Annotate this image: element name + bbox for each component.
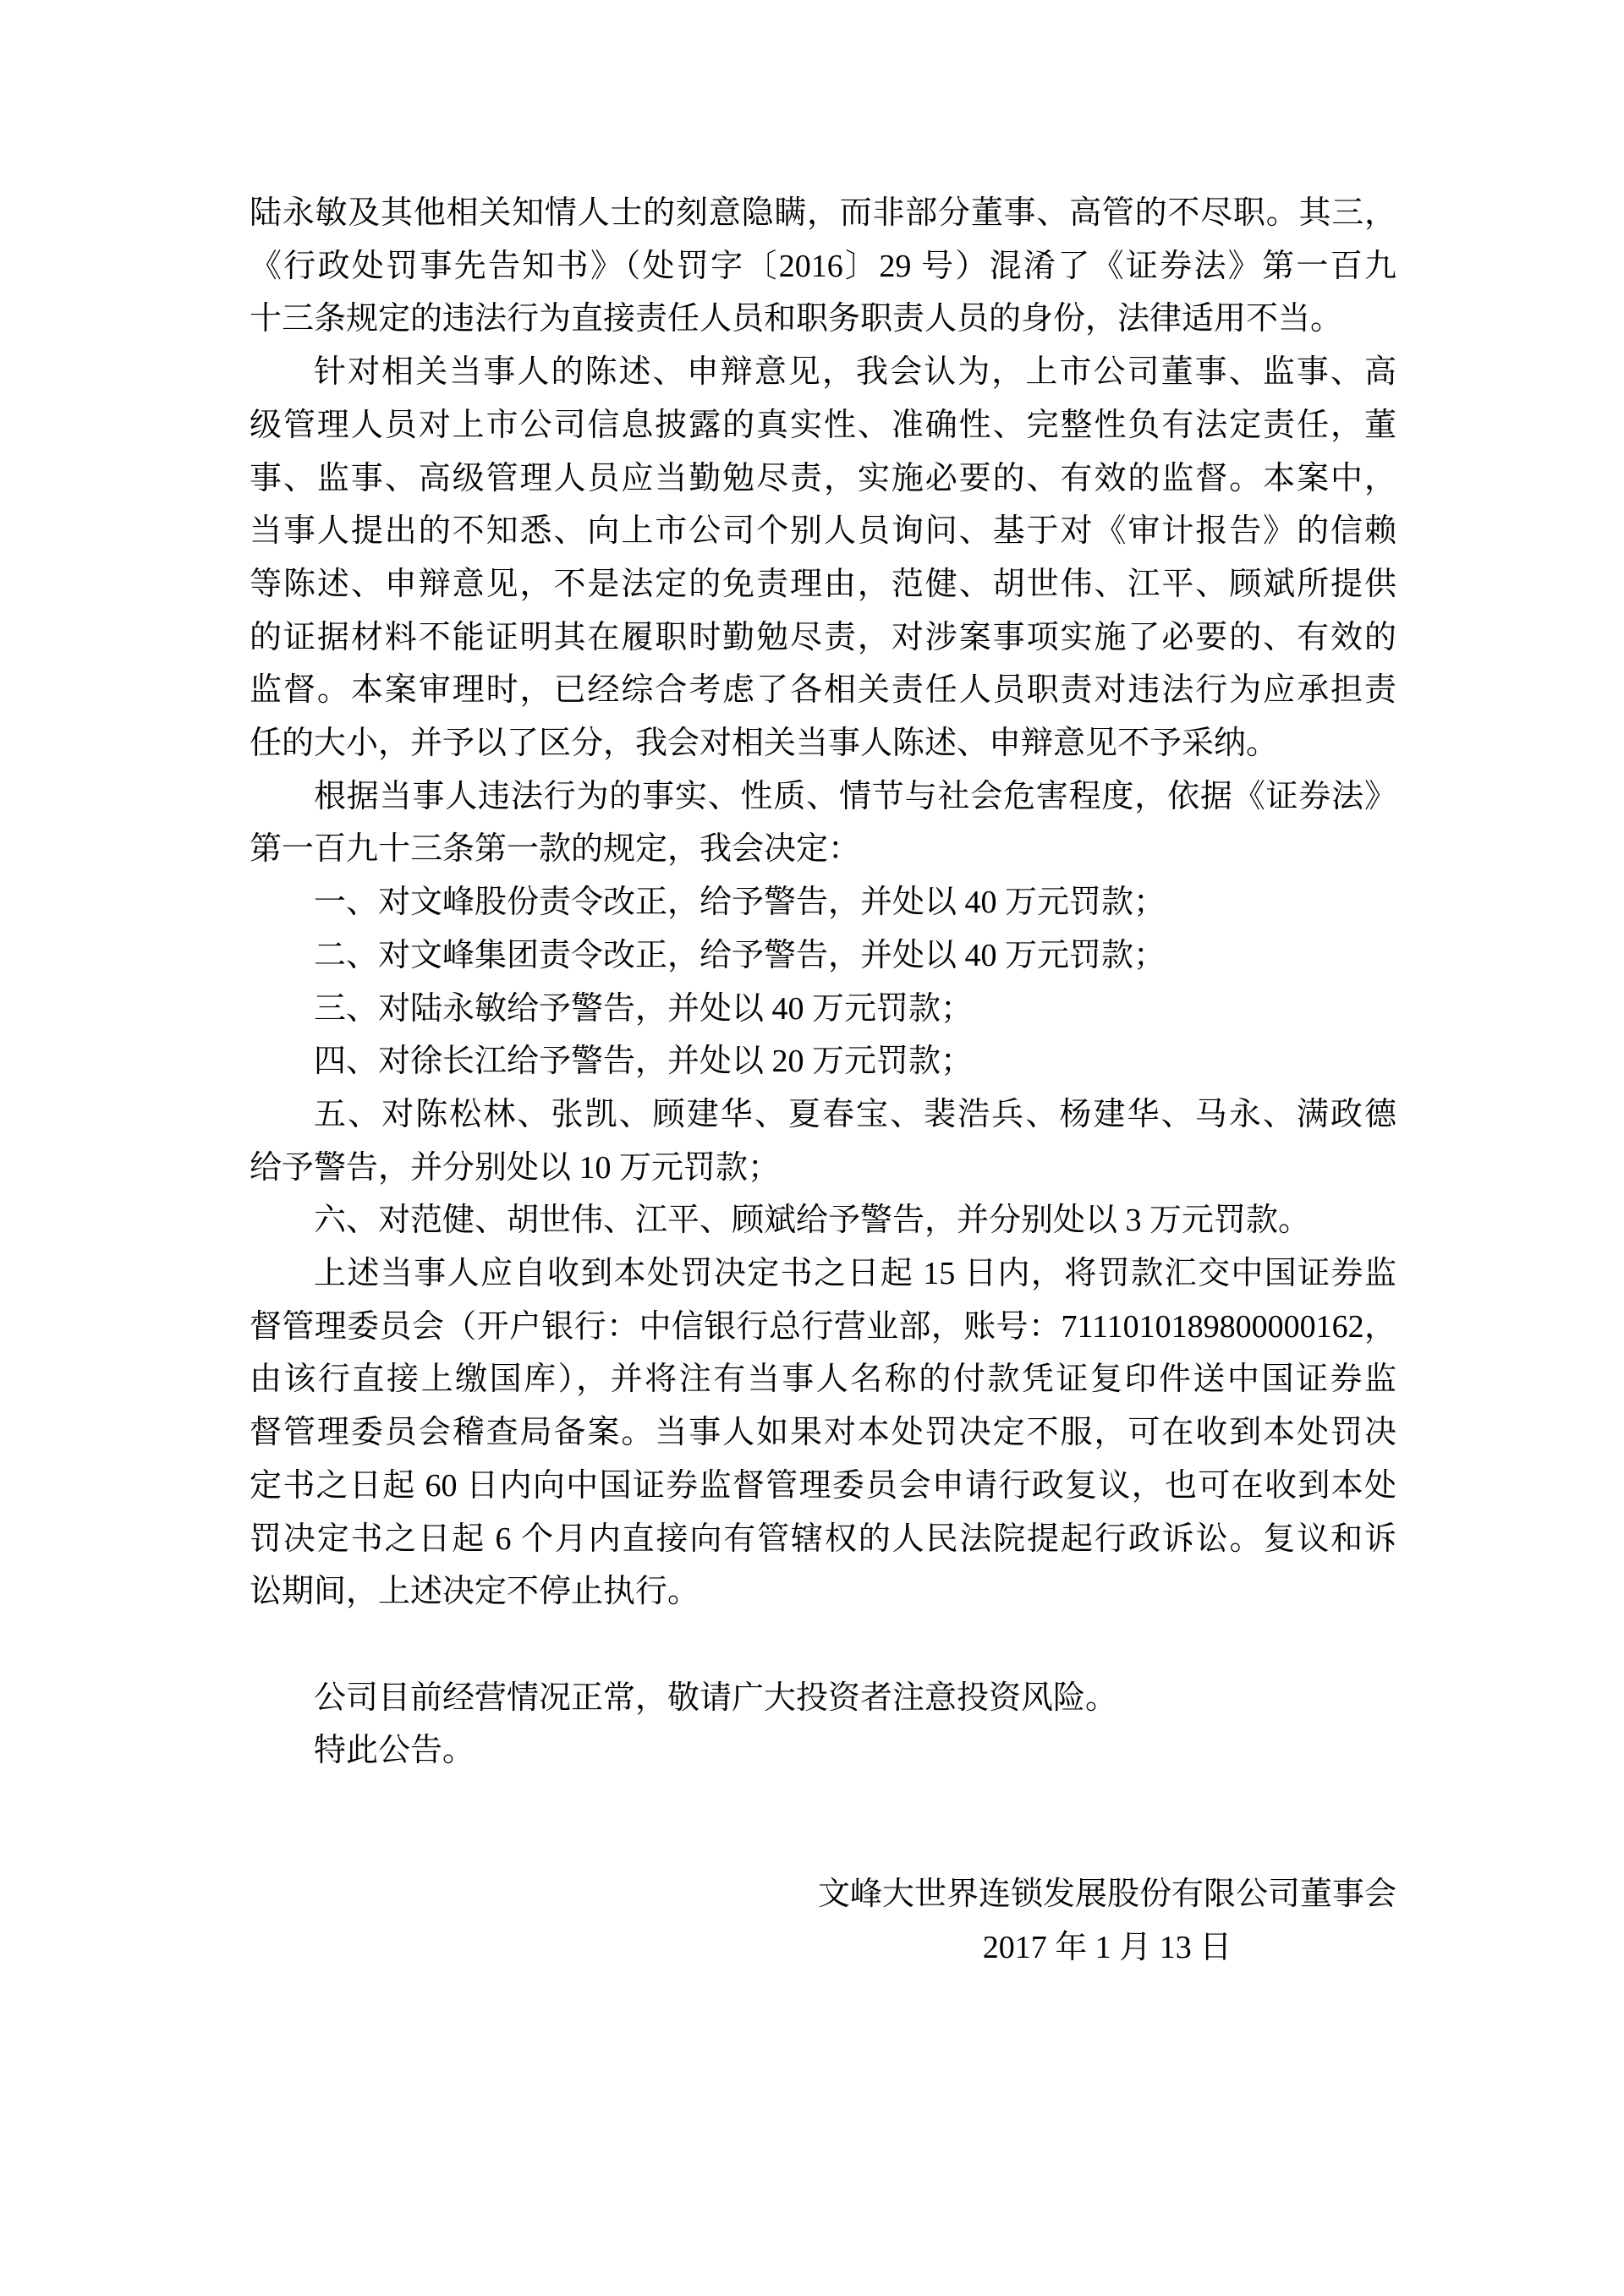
para-response: 针对相关当事人的陈述、申辩意见，我会认为，上市公司董事、监事、高 级管理人员对上…	[250, 346, 1396, 770]
decision-item-4: 四、对徐长江给予警告，并处以 20 万元罚款；	[250, 1035, 1396, 1088]
para-decision-intro: 根据当事人违法行为的事实、性质、情节与社会危害程度，依据《证券法》 第一百九十三…	[250, 770, 1396, 876]
decision-item-1: 一、对文峰股份责令改正，给予警告，并处以 40 万元罚款；	[250, 876, 1396, 929]
decision-item-3: 三、对陆永敏给予警告，并处以 40 万元罚款；	[250, 983, 1396, 1036]
text-line: 三、对陆永敏给予警告，并处以 40 万元罚款；	[250, 983, 1396, 1036]
text-line: 定书之日起 60 日内向中国证券监督管理委员会申请行政复议，也可在收到本处	[250, 1460, 1396, 1513]
text-line: 督管理委员会稽查局备案。当事人如果对本处罚决定不服，可在收到本处罚决	[250, 1406, 1396, 1460]
decision-item-5: 五、对陈松林、张凯、顾建华、夏春宝、裴浩兵、杨建华、马永、满政德 给予警告，并分…	[250, 1088, 1396, 1194]
text-line: 由该行直接上缴国库），并将注有当事人名称的付款凭证复印件送中国证券监	[250, 1353, 1396, 1406]
text-line: 任的大小，并予以了区分，我会对相关当事人陈述、申辩意见不予采纳。	[250, 717, 1396, 770]
document-page: 陆永敏及其他相关知情人士的刻意隐瞒，而非部分董事、高管的不尽职。其三， 《行政处…	[0, 0, 1624, 2296]
text-line: 等陈述、申辩意见，不是法定的免责理由，范健、胡世伟、江平、顾斌所提供	[250, 558, 1396, 611]
text-line: 当事人提出的不知悉、向上市公司个别人员询问、基于对《审计报告》的信赖	[250, 505, 1396, 558]
text-line: 上述当事人应自收到本处罚决定书之日起 15 日内，将罚款汇交中国证券监	[250, 1247, 1396, 1301]
text-line: 级管理人员对上市公司信息披露的真实性、准确性、完整性负有法定责任，董	[250, 399, 1396, 452]
para-risk-notice: 公司目前经营情况正常，敬请广大投资者注意投资风险。	[250, 1672, 1396, 1725]
text-line: 特此公告。	[250, 1724, 1396, 1778]
text-line: 监督。本案审理时，已经综合考虑了各相关责任人员职责对违法行为应承担责	[250, 664, 1396, 717]
decision-item-6: 六、对范健、胡世伟、江平、顾斌给予警告，并分别处以 3 万元罚款。	[250, 1194, 1396, 1247]
text-line: 十三条规定的违法行为直接责任人员和职务职责人员的身份，法律适用不当。	[250, 293, 1396, 346]
signature-date: 2017 年 1 月 13 日	[818, 1921, 1396, 1975]
blank-space	[250, 1778, 1396, 1868]
text-line: 陆永敏及其他相关知情人士的刻意隐瞒，而非部分董事、高管的不尽职。其三，	[250, 187, 1396, 240]
text-line: 给予警告，并分别处以 10 万元罚款；	[250, 1142, 1396, 1195]
text-line: 四、对徐长江给予警告，并处以 20 万元罚款；	[250, 1035, 1396, 1088]
text-line: 事、监事、高级管理人员应当勤勉尽责，实施必要的、有效的监督。本案中，	[250, 452, 1396, 506]
text-line: 一、对文峰股份责令改正，给予警告，并处以 40 万元罚款；	[250, 876, 1396, 929]
text-line: 讼期间，上述决定不停止执行。	[250, 1565, 1396, 1619]
text-line: 罚决定书之日起 6 个月内直接向有管辖权的人民法院提起行政诉讼。复议和诉	[250, 1513, 1396, 1566]
para-closing: 特此公告。	[250, 1724, 1396, 1778]
para-continuation: 陆永敏及其他相关知情人士的刻意隐瞒，而非部分董事、高管的不尽职。其三， 《行政处…	[250, 187, 1396, 346]
signature-area: 文峰大世界连锁发展股份有限公司董事会 2017 年 1 月 13 日	[250, 1868, 1396, 1974]
document-body: 陆永敏及其他相关知情人士的刻意隐瞒，而非部分董事、高管的不尽职。其三， 《行政处…	[250, 187, 1396, 1974]
decision-item-2: 二、对文峰集团责令改正，给予警告，并处以 40 万元罚款；	[250, 929, 1396, 983]
text-line: 五、对陈松林、张凯、顾建华、夏春宝、裴浩兵、杨建华、马永、满政德	[250, 1088, 1396, 1142]
text-line: 根据当事人违法行为的事实、性质、情节与社会危害程度，依据《证券法》	[250, 770, 1396, 824]
signature-block: 文峰大世界连锁发展股份有限公司董事会 2017 年 1 月 13 日	[818, 1868, 1396, 1974]
text-line: 的证据材料不能证明其在履职时勤勉尽责，对涉案事项实施了必要的、有效的	[250, 611, 1396, 665]
text-line: 二、对文峰集团责令改正，给予警告，并处以 40 万元罚款；	[250, 929, 1396, 983]
text-line: 针对相关当事人的陈述、申辩意见，我会认为，上市公司董事、监事、高	[250, 346, 1396, 399]
blank-line	[250, 1619, 1396, 1672]
text-line: 《行政处罚事先告知书》（处罚字〔2016〕29 号）混淆了《证券法》第一百九	[250, 240, 1396, 293]
para-payment: 上述当事人应自收到本处罚决定书之日起 15 日内，将罚款汇交中国证券监 督管理委…	[250, 1247, 1396, 1619]
signature-company: 文峰大世界连锁发展股份有限公司董事会	[818, 1868, 1396, 1921]
text-line: 公司目前经营情况正常，敬请广大投资者注意投资风险。	[250, 1672, 1396, 1725]
text-line: 第一百九十三条第一款的规定，我会决定：	[250, 823, 1396, 876]
text-line: 督管理委员会（开户银行：中信银行总行营业部，账号：711101018980000…	[250, 1301, 1396, 1354]
text-line: 六、对范健、胡世伟、江平、顾斌给予警告，并分别处以 3 万元罚款。	[250, 1194, 1396, 1247]
